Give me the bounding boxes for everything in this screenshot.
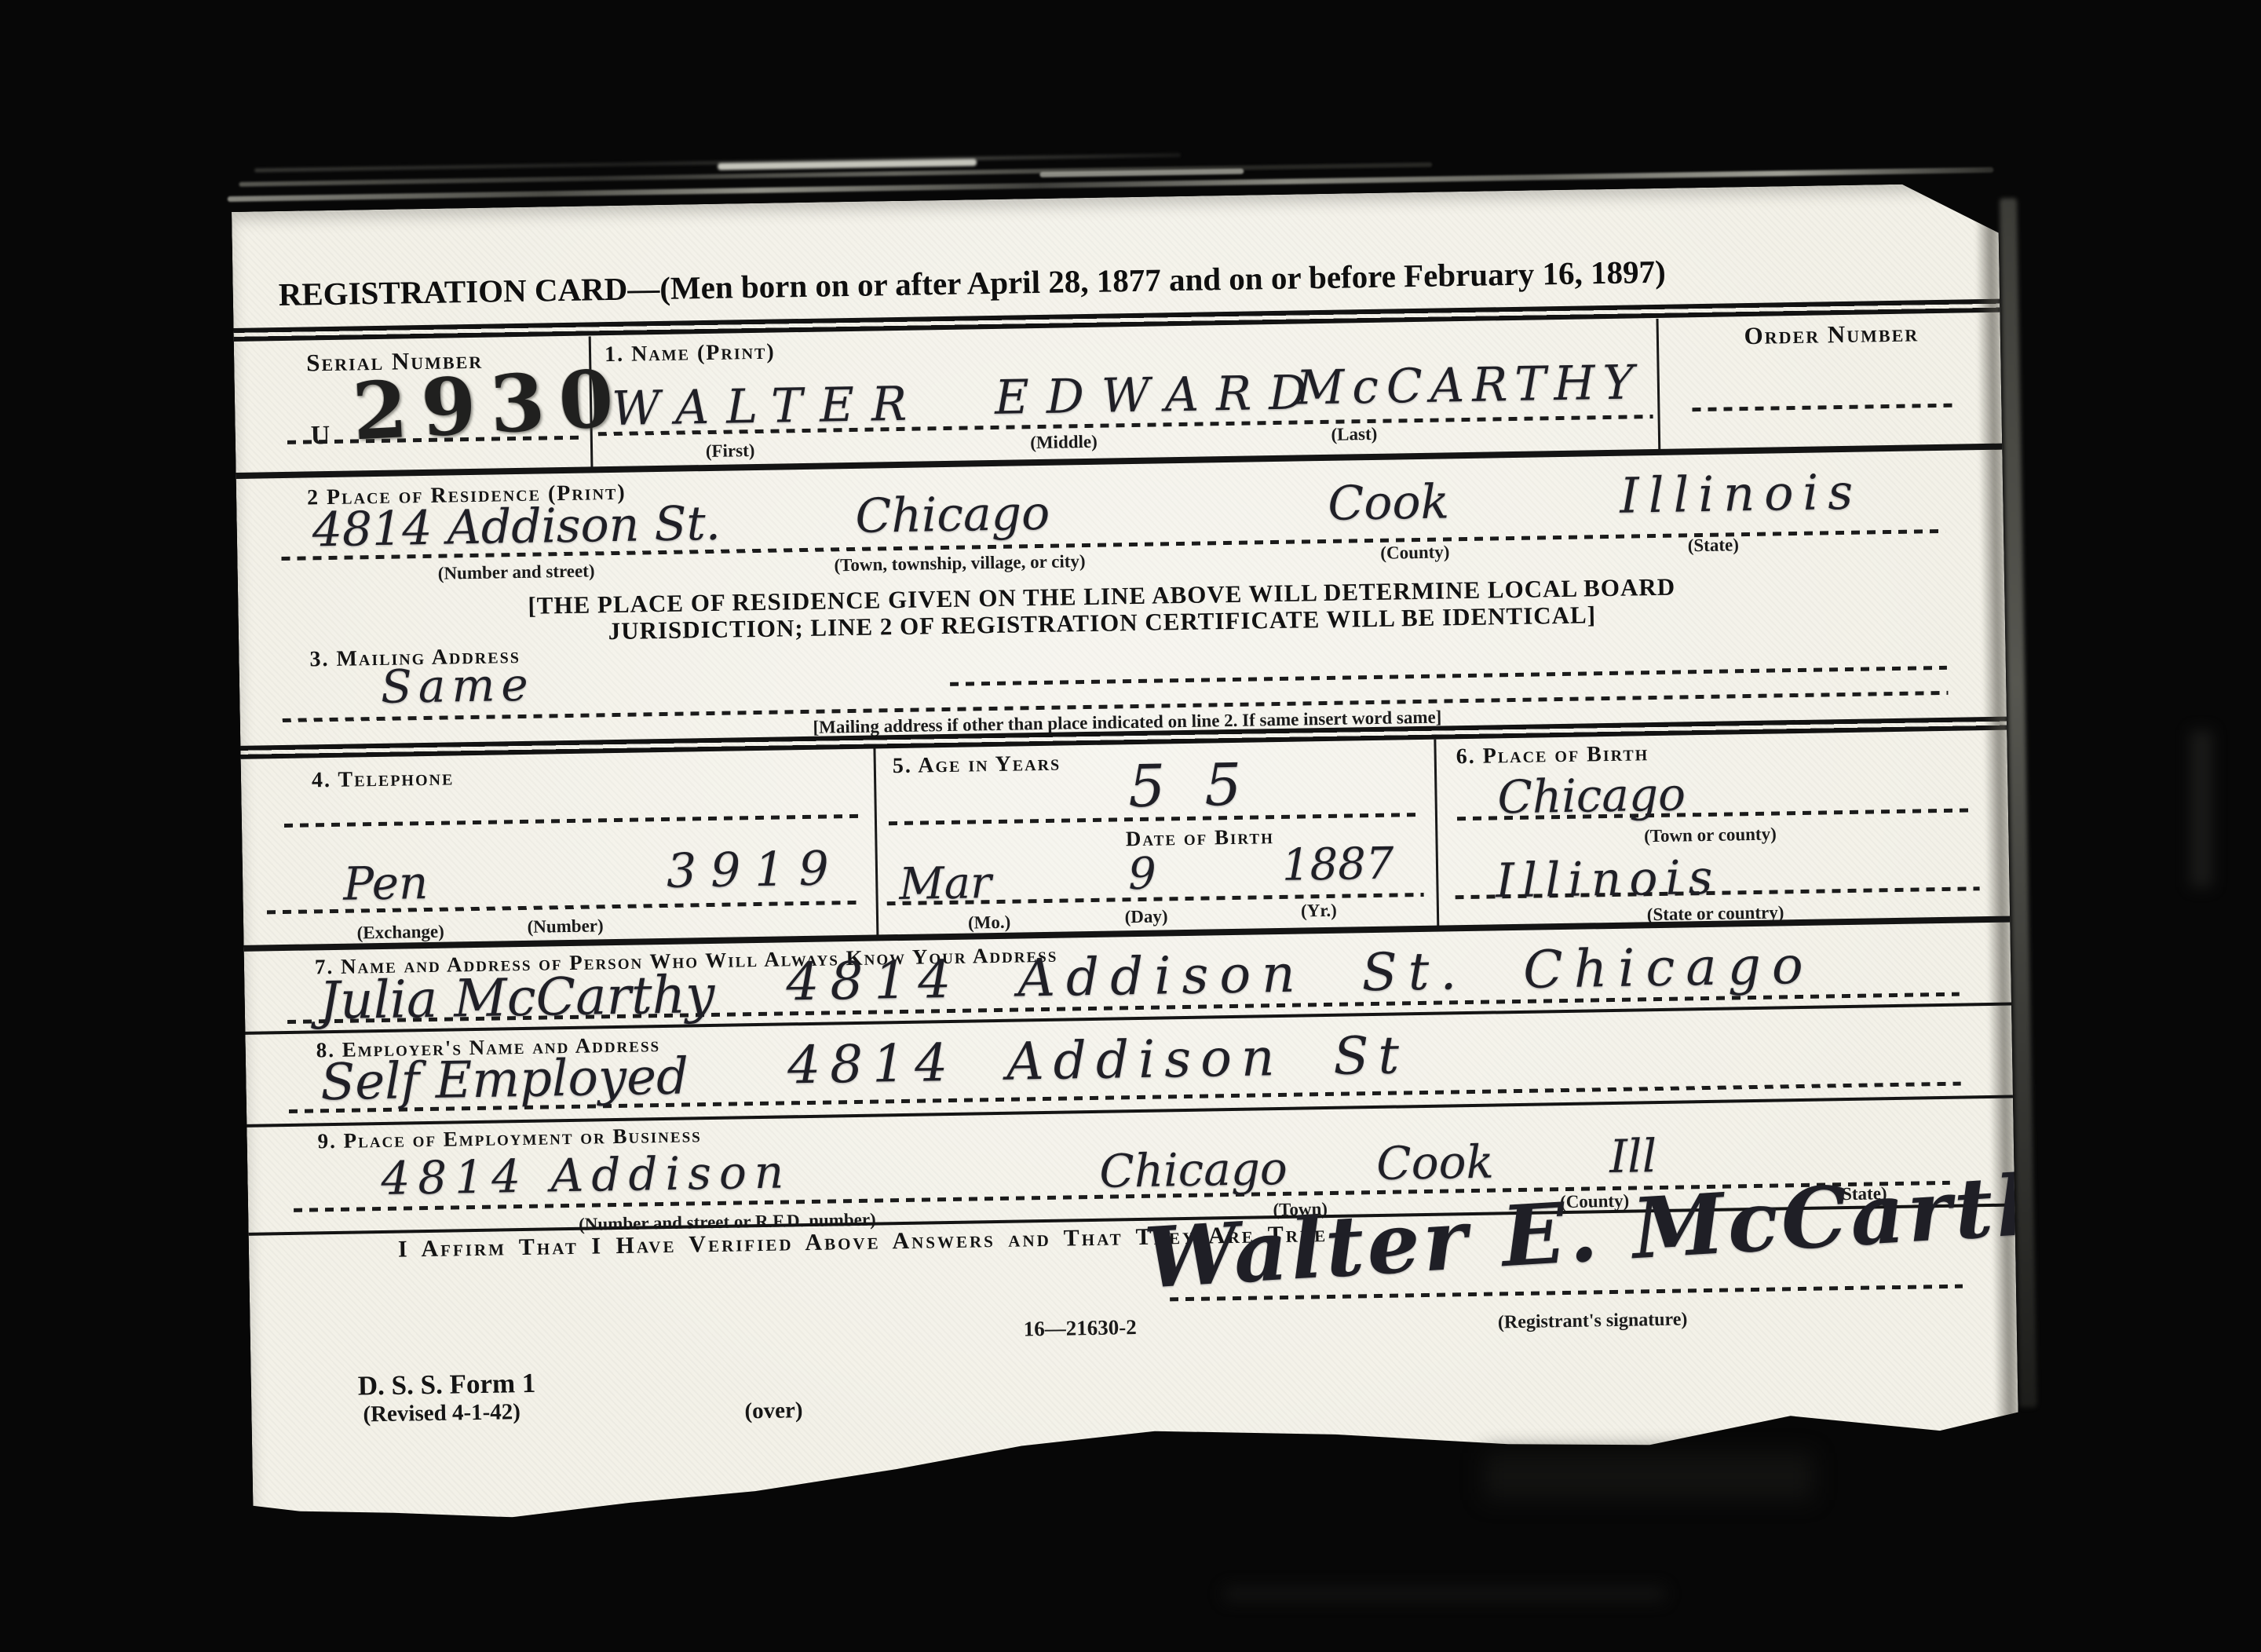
registrant-signature-sublabel: (Registrant's signature) [1419,1308,1765,1335]
order-number-dotted-line [1692,404,1956,412]
residence-street-value: 4814 Addison St. [312,496,721,558]
mailing-dotted-line-short [950,666,1947,686]
residence-county-value: Cook [1328,474,1450,532]
name-last-value: McCARTHY [1295,355,1642,415]
name-middle-sublabel: (Middle) [989,431,1138,454]
birthplace-label: 6. Place of Birth [1456,741,1649,769]
form-number: D. S. S. Form 1 [357,1368,535,1402]
scan-background: REGISTRATION CARD—(Men born on or after … [0,0,2261,1652]
scan-artifact [1225,1588,1664,1600]
residence-state-value: Illinois [1620,463,1863,524]
name-first-sublabel: (First) [659,440,801,462]
employment-state-value: Ill [1609,1129,1657,1183]
dob-month-sublabel: (Mo.) [926,912,1052,934]
dob-day-sublabel: (Day) [1083,905,1209,928]
card-title: REGISTRATION CARD—(Men born on or after … [278,253,1666,313]
divider-telephone-age [873,748,878,937]
dob-year-sublabel: (Yr.) [1256,900,1382,923]
residence-town-value: Chicago [855,486,1050,544]
employer-name-value: Self Employed [320,1048,689,1113]
residence-street-sublabel: (Number and street) [339,559,692,585]
birthplace-town-value: Chicago [1497,767,1686,824]
residence-county-sublabel: (County) [1313,541,1517,565]
name-last-sublabel: (Last) [1280,423,1429,446]
birthplace-state-value: Illinois [1496,850,1721,909]
employment-county-value: Cook [1376,1135,1494,1190]
name-field-label: 1. Name (Print) [605,340,776,368]
age-value: 55 [1128,751,1282,821]
divider-name-order [1656,319,1661,451]
form-revision: (Revised 4-1-42) [363,1399,521,1427]
divider-age-birth [1434,740,1439,928]
card-tilt-wrapper: REGISTRATION CARD—(Men born on or after … [232,183,2020,1547]
order-number-label: Order Number [1694,318,1970,351]
residence-town-sublabel: (Town, township, village, or city) [708,549,1211,578]
name-first-value: WALTER [612,376,925,437]
employment-street-value: 4814 Addison [381,1145,792,1205]
serial-number-value: 2930 [350,352,630,459]
name-middle-value: EDWARD [994,365,1324,426]
employment-town-value: Chicago [1099,1142,1288,1198]
scan-artifact [2190,730,2212,887]
scan-artifact [1484,1453,1814,1500]
registration-card: REGISTRATION CARD—(Men born on or after … [232,183,2020,1539]
print-code: 16—21630-2 [1023,1315,1136,1341]
dob-month-value: Mar [899,857,992,910]
dob-year-value: 1887 [1281,839,1394,891]
telephone-number-value: 3919 [666,841,843,899]
mailing-address-value: Same [380,658,535,714]
serial-prefix: U [310,421,330,451]
telephone-exchange-sublabel: (Exchange) [322,921,479,944]
telephone-number-sublabel: (Number) [487,915,644,937]
telephone-exchange-value: Pen [343,856,429,911]
over-note: (over) [744,1398,803,1424]
age-label: 5. Age in Years [893,751,1061,780]
employer-address-value: 4814 Addison St [787,1025,1408,1095]
telephone-dotted-line-upper [284,814,859,828]
contact-name-value: Julia McCarthy [319,964,715,1031]
birthplace-town-sublabel: (Town or county) [1529,822,1890,849]
telephone-label: 4. Telephone [312,766,455,793]
dob-day-value: 9 [1128,849,1157,901]
